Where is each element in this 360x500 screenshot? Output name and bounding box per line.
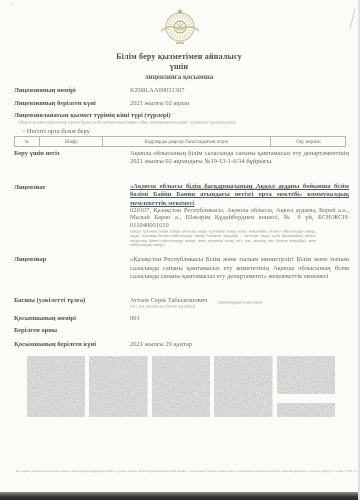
scan-bottom-edge <box>0 492 358 500</box>
license-number-label: Лицензияның нөмірі <box>14 87 130 94</box>
table-header-name: Кадрларды даярлау бағыттарының атауы <box>102 137 270 146</box>
basis-value: Ақмола облысының білім саласында сапаны … <box>130 150 349 167</box>
head-label: Басшы (уәкілетті тұлға) <box>14 297 130 304</box>
document-title-line2: үшін <box>0 62 358 71</box>
redacted-blocks-row <box>27 356 335 417</box>
appendix-date-label: Қосымшаның берілген күні <box>14 341 130 348</box>
basis-label: Беру үшін негіз <box>14 150 60 157</box>
redacted-block <box>277 356 335 417</box>
redacted-block <box>27 356 85 417</box>
table-header-term: Оқу мерзімі <box>270 137 345 146</box>
appendix-number-label: Қосымшаның нөмірі <box>14 315 130 322</box>
scan-artifact-mark: ·|· <box>9 2 13 7</box>
head-note: (тегі, аты, әкесінің аты (болған жағдайд… <box>130 305 349 311</box>
license-date-row: Лицензияның берілген күні 2021 жылғы 02 … <box>14 100 345 107</box>
redacted-block <box>152 356 210 417</box>
issue-place-row: Берілген орны <box>14 327 345 334</box>
redacted-block <box>214 356 272 417</box>
licensor-label: Лицензиар <box>14 256 46 263</box>
licensee-address: 020107, Қазақстан Республикасы, Ақмола о… <box>130 207 349 229</box>
license-appendix-document: ·|· Білім беру қызметімен айналысу үшін … <box>0 0 360 500</box>
head-name: Аттаев Серік Табылғанович <box>130 297 345 304</box>
training-directions-table: № Шифр Кадрларды даярлау бағыттарының ат… <box>14 136 346 147</box>
license-number-row: Лицензияның нөмірі KZ08LAA00031307 <box>14 87 345 94</box>
subtype-value: – Негізгі орта білім беру <box>22 128 90 135</box>
appendix-number-row: Қосымшаның нөмірі 001 <box>14 315 345 322</box>
issue-place-value <box>130 327 345 334</box>
table-header-code: Шифр <box>39 137 102 146</box>
scan-artifact-line <box>349 8 355 30</box>
document-title-line1: Білім беру қызметімен айналысу <box>0 52 358 61</box>
licensor-name: «Қазақстан Республикасы Білім және ғылым… <box>130 256 349 282</box>
licensee-label: Лицензиат <box>14 184 46 191</box>
kazakhstan-emblem-icon <box>158 6 202 50</box>
appendix-date-row: Қосымшаның берілген күні 2021 жылғы 29 қ… <box>14 341 345 348</box>
appendix-date-value: 2021 жылғы 29 қаңтар <box>130 341 345 348</box>
head-row: Басшы (уәкілетті тұлға) Аттаев Серік Таб… <box>14 297 345 304</box>
subtype-note: («Рұқсаттар және хабарламалар туралы» Қа… <box>18 121 348 127</box>
esignature-footer-note: Бұл құжат «Электрондық құжат және электр… <box>16 461 356 479</box>
license-date-value: 2021 жылғы 02 ақпан <box>130 100 345 107</box>
license-date-label: Лицензияның берілген күні <box>14 100 130 107</box>
redacted-block-gap <box>277 394 335 403</box>
issue-place-label: Берілген орны <box>14 327 130 334</box>
table-header-no: № <box>15 137 39 146</box>
redacted-block <box>89 356 147 417</box>
license-number-value: KZ08LAA00031307 <box>130 87 345 94</box>
licensee-name[interactable]: «Ақмола облысы білім басқармасының Ақкөл… <box>130 183 349 208</box>
subtype-heading: Лицензияланатын қызмет түрінің кіші түрі… <box>14 112 171 119</box>
document-title-line3: лицензияға қосымша <box>0 73 358 81</box>
appendix-number-value: 001 <box>130 315 345 322</box>
